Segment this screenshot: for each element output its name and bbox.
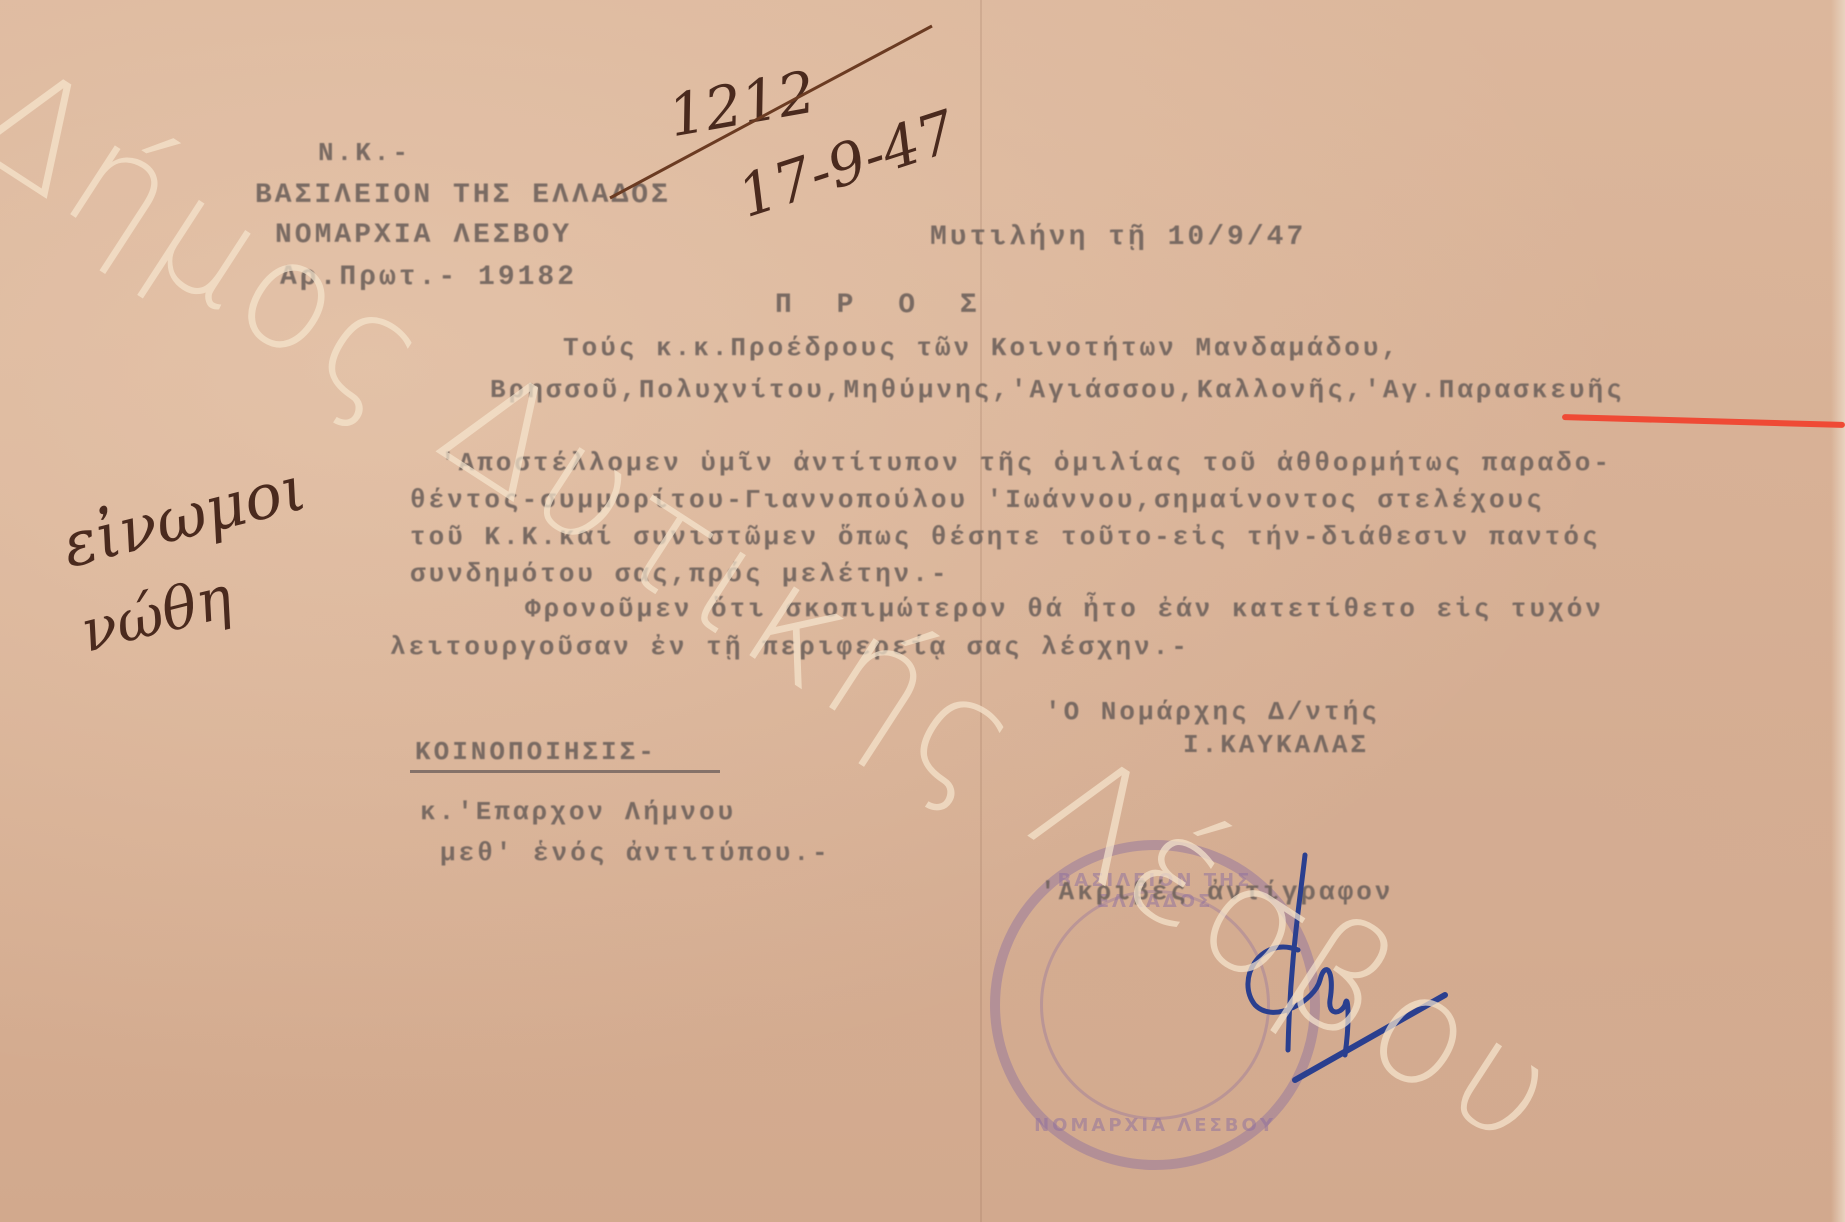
- body-p1-line-4: συνδημότου σας,πρός μελέτην.-: [410, 559, 949, 589]
- body-p2-line-2: λειτουργοῦσαν ἐν τῇ περιφερείᾳ σας λέσχη…: [390, 632, 1190, 662]
- sender-line-1: Ν.Κ.-: [318, 138, 411, 168]
- body-p2-line-1: Φρονοῦμεν ὅτι σκοπιμώτερον θά ἦτο ἐάν κα…: [525, 594, 1604, 624]
- signatory-title: 'Ο Νομάρχης Δ/ντής: [1045, 697, 1380, 727]
- signature-icon: [1220, 840, 1480, 1100]
- addressee-line-1: Τούς κ.κ.Προέδρους τῶν Κοινοτήτων Μανδαμ…: [563, 333, 1400, 363]
- addressee-heading: Π Ρ Ο Σ: [775, 290, 991, 321]
- registry-strike-line: [500, 20, 940, 220]
- signatory-name: Ι.ΚΑΥΚΑΛΑΣ: [1183, 730, 1369, 760]
- stamp-bottom-text: ΝΟΜΑΡΧΙΑ ΛΕΣΒΟΥ: [1000, 1115, 1310, 1136]
- body-p1-line-2: θέντος-συμμορίτου-Γιαννοπούλου 'Ιωάννου,…: [410, 485, 1545, 515]
- addressee-line-2: Βρησσοῦ,Πολυχνίτου,Μηθύμνης,'Αγιάσσου,Κα…: [490, 375, 1625, 405]
- protocol-number: Αρ.Πρωτ.- 19182: [280, 262, 577, 293]
- body-p1-line-3: τοῦ Κ.Κ.καί συνιστῶμεν ὅπως θέσητε τοῦτο…: [410, 522, 1601, 552]
- body-p1-line-1: 'Αποστέλλομεν ὑμῖν ἀντίτυπον τῆς ὁμιλίας…: [440, 448, 1612, 478]
- distribution-line-2: μεθ' ἑνός ἀντιτύπου.-: [440, 838, 831, 868]
- paper-edge: [1831, 0, 1845, 1222]
- distribution-heading: ΚΟΙΝΟΠΟΙΗΣΙΣ-: [415, 737, 657, 767]
- sender-line-3: ΝΟΜΑΡΧΙΑ ΛΕΣΒΟΥ: [275, 220, 572, 251]
- distribution-underline: [410, 770, 720, 773]
- place-date: Μυτιλήνη τῇ 10/9/47: [930, 222, 1306, 253]
- distribution-line-1: κ.'Επαρχον Λήμνου: [420, 797, 736, 827]
